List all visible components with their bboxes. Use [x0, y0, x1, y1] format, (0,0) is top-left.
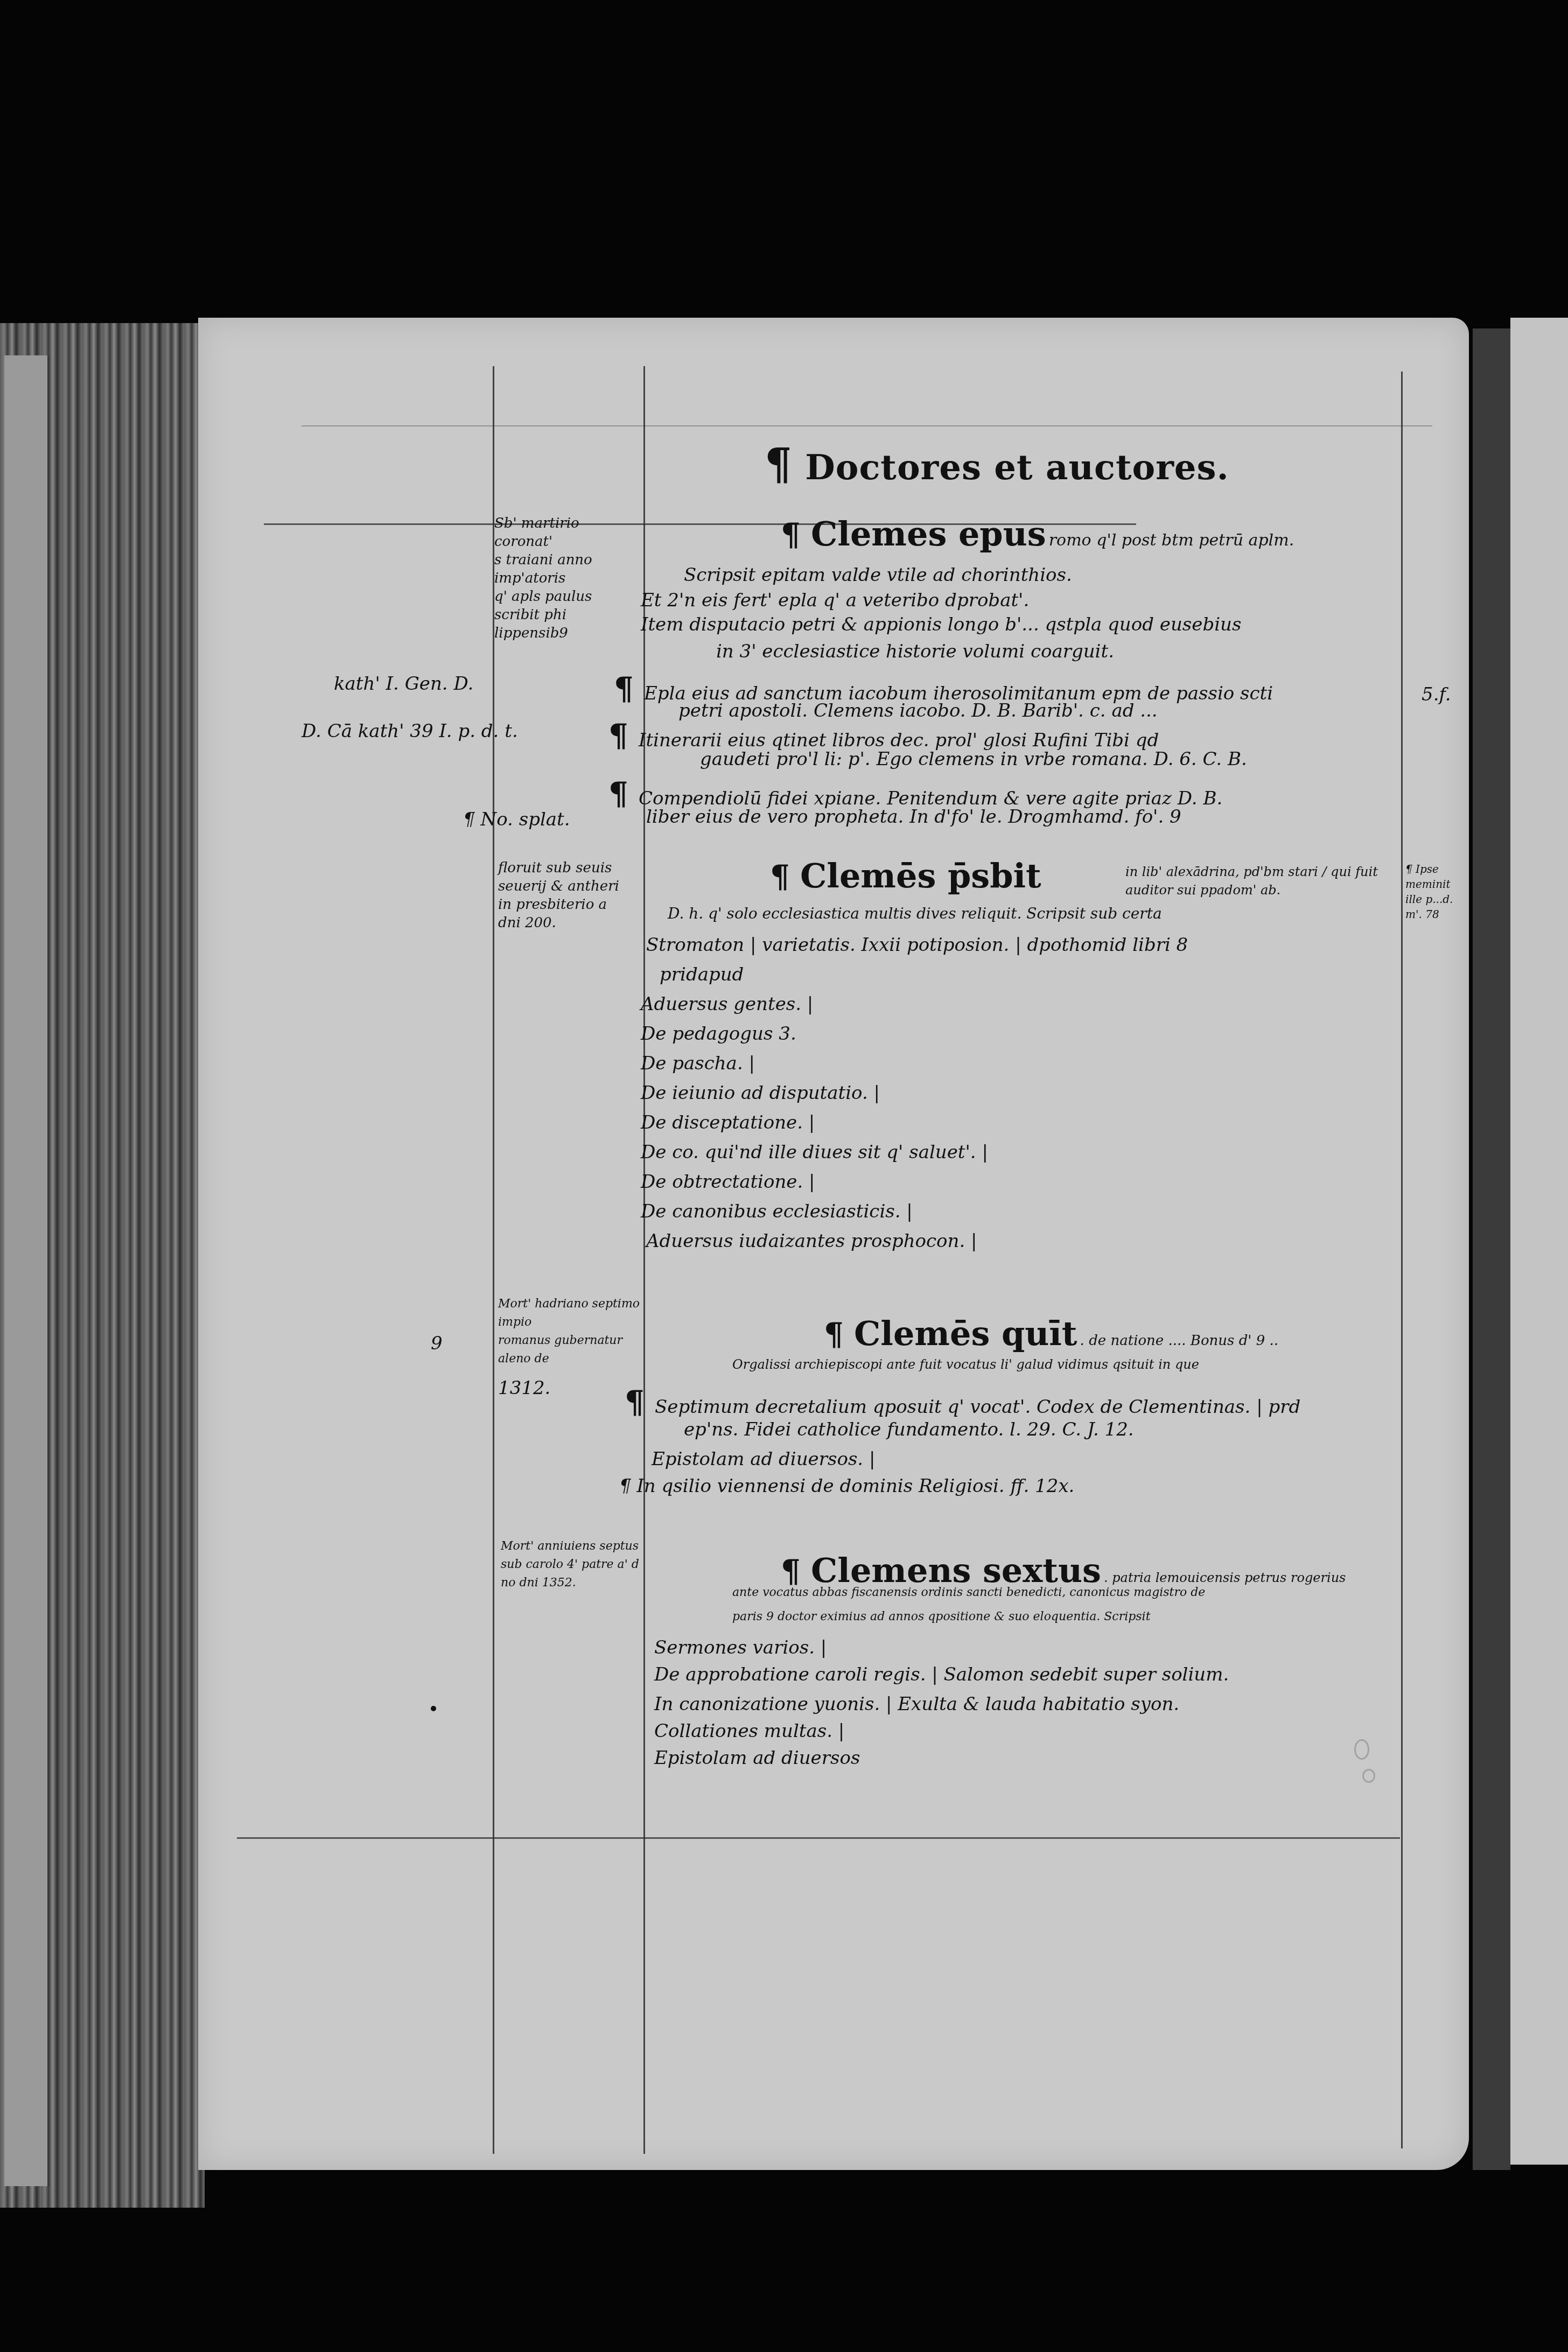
entry-line: De obtrectatione. |: [641, 1171, 815, 1193]
pilcrow-icon: ¶: [770, 858, 790, 895]
ruling-line-top: [302, 425, 1432, 426]
entry-heading: ¶ Clemens sextus . patria lemouicensis p…: [781, 1551, 1346, 1590]
entry-line: De pedagogus 3.: [641, 1023, 796, 1045]
entry-heading-text: Clemēs p̄sbit: [800, 856, 1041, 895]
entry-line: Et 2'n eis fert' epla q' a veteribo dpro…: [641, 590, 1029, 611]
ink-dot: [431, 1706, 436, 1711]
pilcrow-icon: ¶: [608, 775, 628, 812]
entry-heading-note: . de natione .... Bonus d' 9 ..: [1080, 1333, 1278, 1349]
facing-page-edge: [1510, 318, 1568, 2165]
entry-line: Item disputacio petri & appionis longo b…: [641, 614, 1241, 635]
pilcrow-icon: ¶: [614, 670, 634, 707]
entry-line: Stromaton | varietatis. Ixxii potiposion…: [646, 934, 1188, 956]
entry-line: Collationes multas. |: [654, 1720, 844, 1742]
initial-mark: ¶: [765, 439, 793, 489]
entry-line: paris 9 doctor eximius ad annos qpositio…: [732, 1610, 1151, 1623]
entry-line: Scripsit epitam valde vtile ad chorinthi…: [684, 564, 1072, 586]
entry-line: In canonizatione yuonis. | Exulta & laud…: [654, 1693, 1179, 1715]
left-margin-note: D. Cā kath' 39 I. p. d. t.: [302, 720, 518, 742]
book-page-edges: [0, 323, 205, 2208]
left-margin-note: ¶ No. splat.: [463, 809, 570, 830]
margin-gloss: Sb' martirio coronat' s traiani anno imp…: [494, 514, 640, 642]
left-margin-note: kath' I. Gen. D.: [334, 673, 473, 695]
paper-stain: [1354, 1739, 1369, 1760]
entry-line: De ieiunio ad disputatio. |: [641, 1082, 880, 1104]
margin-gloss: Mort' anniuiens septus sub carolo 4' pat…: [501, 1537, 646, 1592]
entry-heading-text: Clemens sextus: [811, 1551, 1101, 1590]
book-gutter-shadow: [1473, 328, 1510, 2170]
entry-line: Aduersus iudaizantes prosphocon. |: [646, 1230, 977, 1252]
entry-line: Epistolam ad diuersos. |: [652, 1448, 875, 1470]
pilcrow-icon: ¶: [781, 516, 801, 553]
entry-line: Aduersus gentes. |: [641, 993, 813, 1015]
entry-line: ¶ In qsilio viennensi de dominis Religio…: [619, 1475, 1074, 1497]
entry-line: De approbatione caroli regis. | Salomon …: [654, 1664, 1229, 1685]
running-title-text: Doctores et auctores.: [805, 447, 1229, 488]
paper-stain: [1362, 1769, 1375, 1783]
entry-line: liber eius de vero propheta. In d'fo' le…: [646, 806, 1181, 828]
entry-line: ¶ Septimum decretalium qposuit q' vocat'…: [625, 1384, 1300, 1420]
right-margin-note: 5.f.: [1422, 684, 1451, 705]
entry-line: De co. qui'nd ille diues sit q' saluet'.…: [641, 1142, 988, 1163]
pilcrow-icon: ¶: [824, 1316, 844, 1353]
ruling-line-footer: [237, 1837, 1400, 1839]
entry-heading: ¶ Clemēs quīt . de natione .... Bonus d'…: [824, 1314, 1278, 1353]
entry-line: Orgalissi archiepiscopi ante fuit vocatu…: [732, 1357, 1199, 1372]
entry-heading-text: Clemes epus: [811, 514, 1046, 554]
entry-line: Epistolam ad diuersos: [654, 1747, 860, 1769]
pilcrow-icon: ¶: [608, 717, 628, 754]
entry-line: ep'ns. Fidei catholice fundamento. l. 29…: [684, 1419, 1134, 1440]
right-margin-note: ¶ Ipse meminit ille p...d. m'. 78: [1405, 862, 1470, 922]
flyleaf-edge: [4, 355, 50, 2186]
left-margin-note: 9: [431, 1333, 443, 1354]
entry-heading: ¶ Clemes epus romo q'l post btm petrū ap…: [781, 514, 1294, 554]
entry-line: ante vocatus abbas fiscanensis ordinis s…: [732, 1586, 1205, 1599]
entry-line: gaudeti pro'l li: p'. Ego clemens in vrb…: [700, 748, 1247, 770]
margin-gloss: Mort' hadriano septimo impio romanus gub…: [498, 1295, 649, 1397]
entry-heading-note: in lib' alexādrina, pd'bm stari / qui fu…: [1125, 863, 1395, 899]
margin-gloss: floruit sub seuis seuerij & antheri in p…: [498, 859, 643, 932]
entry-line: De pascha. |: [641, 1053, 755, 1074]
entry-heading-text: Clemēs quīt: [854, 1314, 1077, 1353]
entry-line: Sermones varios. |: [654, 1637, 827, 1658]
entry-heading: ¶ Clemēs p̄sbit: [770, 856, 1041, 895]
entry-line: De canonibus ecclesiasticis. |: [641, 1201, 913, 1222]
entry-heading-note: . patria lemouicensis petrus rogerius: [1104, 1570, 1346, 1585]
ruling-line-text-right: [1401, 372, 1403, 2148]
running-title: ¶ Doctores et auctores.: [765, 439, 1229, 489]
entry-line: in 3' ecclesiastice historie volumi coar…: [716, 641, 1114, 662]
entry-line: pridapud: [660, 964, 744, 985]
pilcrow-icon: ¶: [625, 1384, 645, 1420]
pilcrow-icon: ¶: [781, 1553, 801, 1590]
entry-heading-note: romo q'l post btm petrū aplm.: [1049, 531, 1294, 550]
entry-line: D. h. q' solo ecclesiastica multis dives…: [668, 905, 1162, 922]
entry-line: De disceptatione. |: [641, 1112, 815, 1133]
